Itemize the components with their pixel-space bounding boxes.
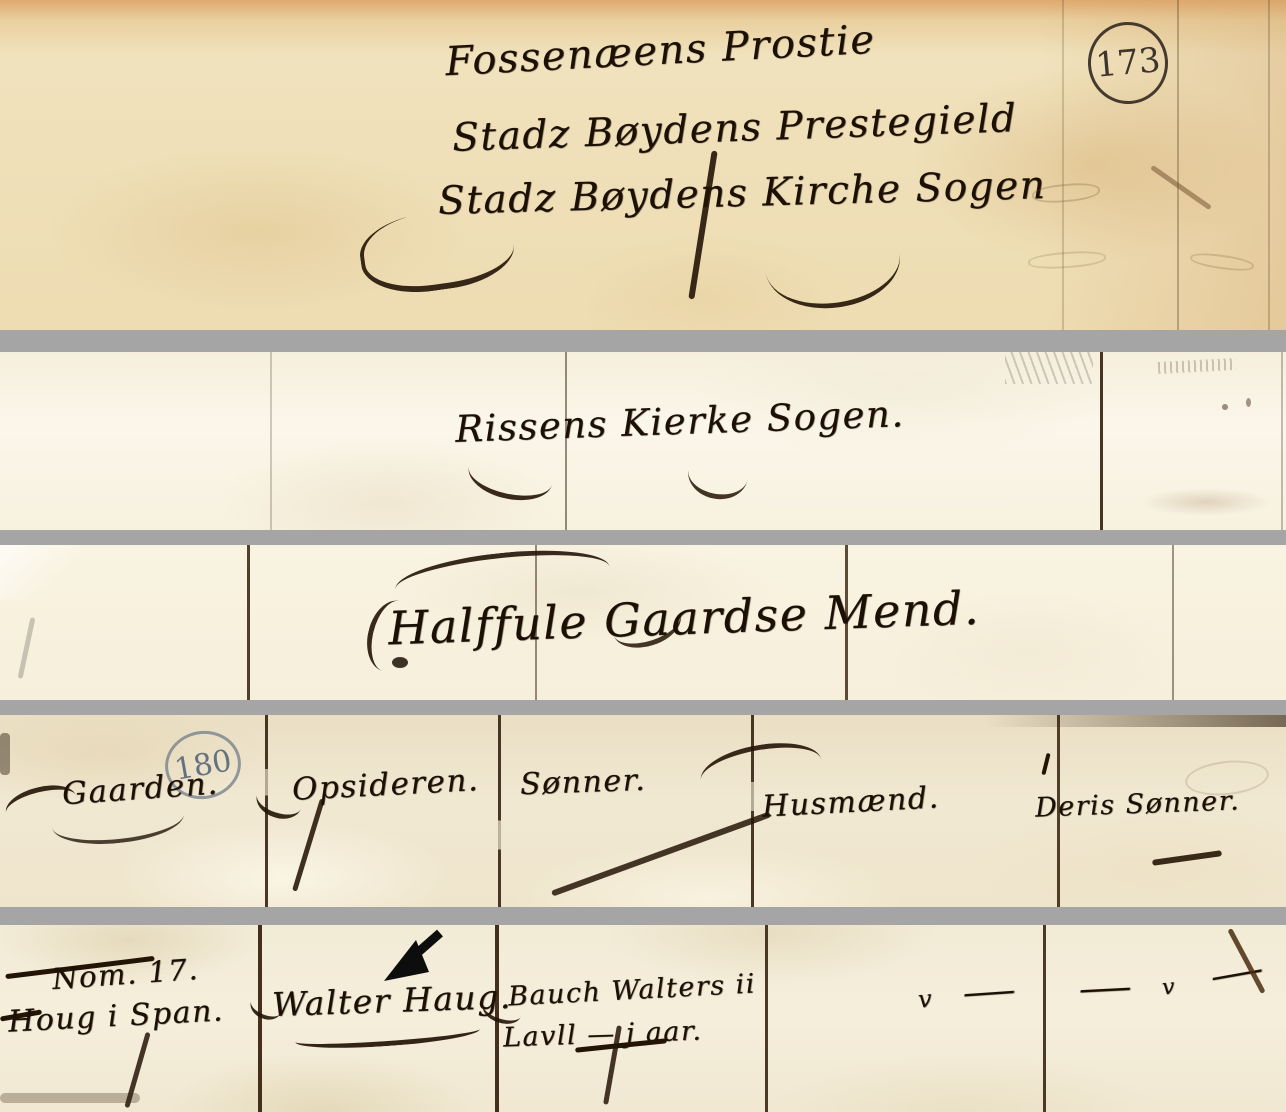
husmaend-mark: — [961,969,1020,1014]
prestegjeld-line: Stadz Bøydens Prestegield [451,96,1018,161]
column-rule [498,715,501,907]
flourish-stroke [757,205,908,321]
son-entry-1: Bauch Walters ii [507,969,756,1013]
farm-name: Houg i Span. [7,993,224,1039]
ink-smudge [0,733,10,775]
parish-title: Rissens Kierke Sogen. [454,392,905,451]
flourish-stroke [551,812,771,897]
fold-line [1268,0,1270,330]
column-rule [258,925,262,1112]
ink-smudge [1158,358,1237,374]
column-rule [1172,545,1174,700]
strip-column-headers: 180 Gaarden. Opsideren. Sønner. Husmænd.… [0,715,1286,907]
kirkesogn-line: Stadz Bøydens Kirche Sogen [438,163,1047,224]
column-rule [1100,352,1103,530]
page-edge-shading [0,545,80,600]
flourish-stroke [684,445,752,504]
column-header-gaarden: Gaarden. [61,766,220,813]
column-header-sonner: Sønner. [519,763,646,802]
column-rule [270,352,272,530]
prosti-line: Fossenæens Prostie [444,17,876,85]
column-rule [247,545,250,700]
column-rule [765,925,768,1112]
deris-sonner-mark: — [1077,966,1135,1010]
strip-prosti-header: Fossenæens Prostie Stadz Bøydens Presteg… [0,0,1286,330]
flourish-stroke [1152,850,1222,866]
fold-line [1062,0,1064,330]
strip-section-header: Halffule Gaardse Mend. [0,545,1286,700]
farm-number: Nom. 17. [51,952,200,996]
column-rule [751,715,754,907]
occupant-name: Walter Haug. [271,977,512,1024]
deris-sonner-mark: v [1161,974,1177,1000]
ink-dot [1222,404,1228,410]
fold-line [1177,0,1179,330]
ink-smudge [0,1093,140,1103]
page-number: 173 [1094,40,1162,86]
ink-blot [392,657,408,668]
ink-smudge [1140,488,1272,516]
column-rule [1281,352,1283,530]
column-header-opsideren: Opsideren. [291,762,480,808]
ink-dot [1246,398,1251,407]
flourish-stroke [464,444,557,508]
pencil-scribble [18,617,36,679]
flourish-stroke [1041,753,1050,775]
strip-parish-header: Rissens Kierke Sogen. [0,352,1286,530]
strip-record-row: Nom. 17. Houg i Span. Walter Haug. Bauch… [0,925,1286,1112]
column-rule [1043,925,1046,1112]
manuscript-composite: Fossenæens Prostie Stadz Bøydens Presteg… [0,0,1286,1112]
husmaend-mark: v [917,984,934,1013]
flourish-stroke [294,1019,480,1053]
flourish-stroke [355,202,518,301]
ink-smudge [985,715,1286,727]
arrow-annotation-icon [382,927,446,987]
pencil-scribble [1005,352,1093,384]
